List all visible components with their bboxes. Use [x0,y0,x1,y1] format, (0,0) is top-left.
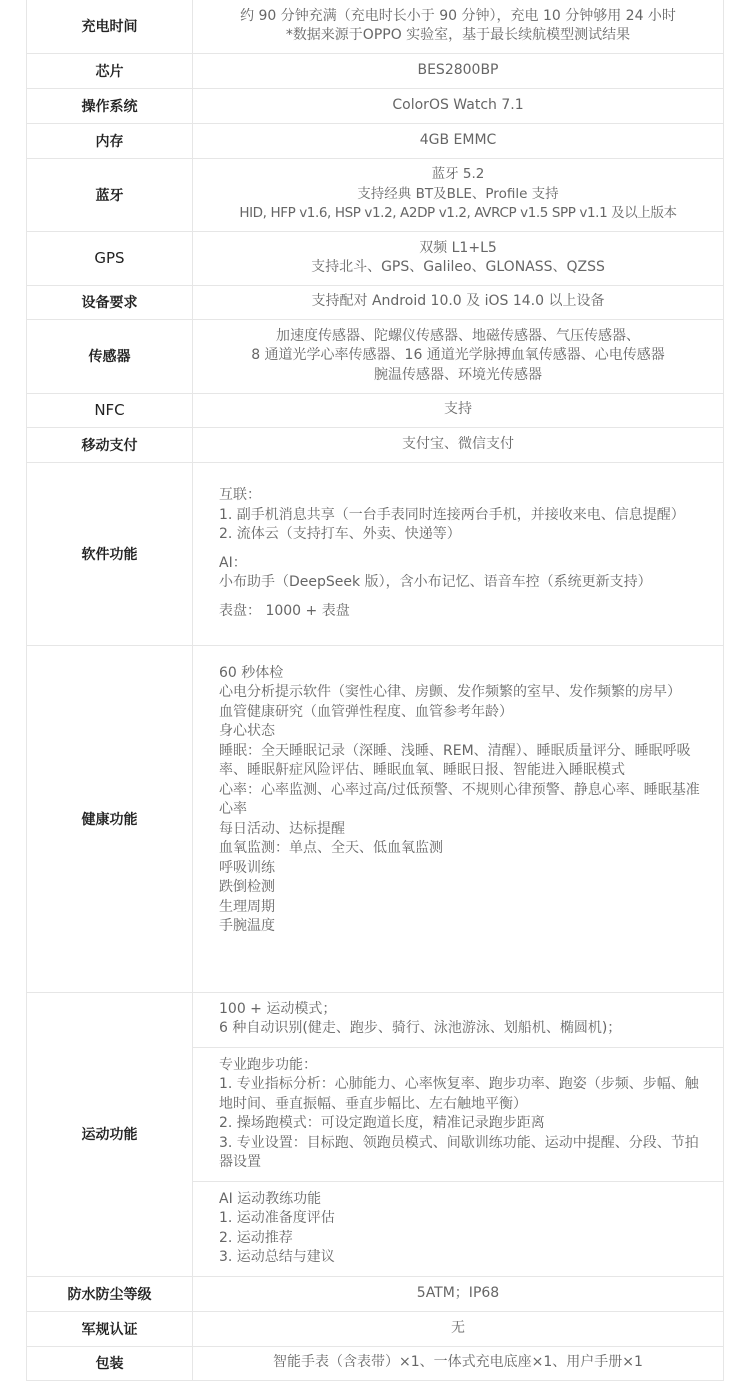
spec-label: GPS [27,231,193,285]
spec-row-chip: 芯片 BES2800BP [27,53,724,88]
spec-value-line: 跌倒检测 [219,878,703,898]
spec-value-line: 生理周期 [219,898,703,918]
spec-table: 充电时间 约 90 分钟充满（充电时长小于 90 分钟），充电 10 分钟够用 … [26,0,724,1381]
spec-label: 传感器 [27,319,193,393]
spec-value-line: 心率：心率监测、心率过高/过低预警、不规则心律预警、静息心率、睡眠基准心率 [219,781,703,820]
spec-value-line: 血氧监测：单点、全天、低血氧监测 [219,839,703,859]
spec-value-line: AI 运动教练功能 [219,1190,703,1210]
spec-value-line: 无 [193,1319,723,1339]
spec-row-memory: 内存 4GB EMMC [27,123,724,158]
spec-value-line: 智能手表（含表带）×1、一体式充电底座×1、用户手册×1 [193,1353,723,1373]
spec-value-line: HID, HFP v1.6, HSP v1.2, A2DP v1.2, AVRC… [193,204,723,224]
software-paragraph-watchface: 表盘： 1000 + 表盘 [219,602,703,622]
spec-label: 充电时间 [27,0,193,53]
spec-value-line: 3. 专业设置：目标跑、领跑员模式、间歇训练功能、运动中提醒、分段、节拍器设置 [219,1134,703,1173]
spec-value: ColorOS Watch 7.1 [193,88,724,123]
spec-value: 60 秒体检 心电分析提示软件（窦性心律、房颤、发作频繁的室早、发作频繁的房早）… [193,645,724,992]
spec-row-bluetooth: 蓝牙 蓝牙 5.2 支持经典 BT及BLE、Profile 支持 HID, HF… [27,158,724,231]
spec-value-line: *数据来源于OPPO 实验室，基于最长续航模型测试结果 [193,26,723,46]
spec-label: 蓝牙 [27,158,193,231]
spec-value-line: 呼吸训练 [219,859,703,879]
spec-value-line: 支持北斗、GPS、Galileo、GLONASS、QZSS [193,258,723,278]
spec-label: 健康功能 [27,645,193,992]
spec-label: NFC [27,393,193,427]
spec-label: 内存 [27,123,193,158]
spec-value-line: 血管健康研究（血管弹性程度、血管参考年龄） [219,703,703,723]
spec-value-line: AI： [219,554,703,574]
spec-label: 防水防尘等级 [27,1276,193,1311]
spec-row-charging-time: 充电时间 约 90 分钟充满（充电时长小于 90 分钟），充电 10 分钟够用 … [27,0,724,53]
spec-value-line: 2. 操场跑模式：可设定跑道长度，精准记录跑步距离 [219,1114,703,1134]
spec-value: BES2800BP [193,53,724,88]
spec-value: 100 + 运动模式； 6 种自动识别(健走、跑步、骑行、泳池游泳、划船机、椭圆… [193,992,724,1276]
spec-value-line: 2. 流体云（支持打车、外卖、快递等） [219,525,703,545]
spec-row-health: 健康功能 60 秒体检 心电分析提示软件（窦性心律、房颤、发作频繁的室早、发作频… [27,645,724,992]
spec-value-line: 4GB EMMC [193,131,723,151]
spec-value-line: BES2800BP [193,61,723,81]
spec-value-line: 小布助手（DeepSeek 版），含小布记忆、语音车控（系统更新支持） [219,573,703,593]
spec-value-line: 5ATM；IP68 [193,1284,723,1304]
spec-value: 无 [193,1311,724,1346]
spec-label: 移动支付 [27,427,193,462]
spec-label: 软件功能 [27,462,193,645]
spec-value: 支付宝、微信支付 [193,427,724,462]
spec-value-line: 1. 运动准备度评估 [219,1209,703,1229]
spec-value-line: 睡眠：全天睡眠记录（深睡、浅睡、REM、清醒）、睡眠质量评分、睡眠呼吸率、睡眠鼾… [219,742,703,781]
spec-label: 设备要求 [27,285,193,319]
spec-value: 5ATM；IP68 [193,1276,724,1311]
spec-value-line: 6 种自动识别(健走、跑步、骑行、泳池游泳、划船机、椭圆机)； [219,1019,703,1039]
spec-row-os: 操作系统 ColorOS Watch 7.1 [27,88,724,123]
spec-label: 包装 [27,1346,193,1380]
spec-value-line: ColorOS Watch 7.1 [193,96,723,116]
spec-value-line: 蓝牙 5.2 [193,165,723,185]
sport-block-running: 专业跑步功能： 1. 专业指标分析：心肺能力、心率恢复率、跑步功率、跑姿（步频、… [193,1048,723,1182]
spec-value: 双频 L1+L5 支持北斗、GPS、Galileo、GLONASS、QZSS [193,231,724,285]
spec-value-line: 支付宝、微信支付 [193,435,723,455]
spec-label: 运动功能 [27,992,193,1276]
spec-value-line: 腕温传感器、环境光传感器 [193,366,723,386]
spec-value-line: 互联： [219,486,703,506]
spec-value-line: 心电分析提示软件（窦性心律、房颤、发作频繁的室早、发作频繁的房早） [219,683,703,703]
spec-row-software: 软件功能 互联： 1. 副手机消息共享（一台手表同时连接两台手机，并接收来电、信… [27,462,724,645]
spec-value-line: 身心状态 [219,722,703,742]
spec-value-line: 表盘： 1000 + 表盘 [219,602,703,622]
spec-value: 支持配对 Android 10.0 及 iOS 14.0 以上设备 [193,285,724,319]
spec-row-mobile-payment: 移动支付 支付宝、微信支付 [27,427,724,462]
spec-value-line: 2. 运动推荐 [219,1229,703,1249]
spec-label: 芯片 [27,53,193,88]
spec-row-military-cert: 军规认证 无 [27,1311,724,1346]
spec-value-line: 专业跑步功能： [219,1056,703,1076]
spec-value-line: 加速度传感器、陀螺仪传感器、地磁传感器、气压传感器、 [193,327,723,347]
spec-row-water-resistance: 防水防尘等级 5ATM；IP68 [27,1276,724,1311]
spec-row-sensors: 传感器 加速度传感器、陀螺仪传感器、地磁传感器、气压传感器、 8 通道光学心率传… [27,319,724,393]
spec-value: 蓝牙 5.2 支持经典 BT及BLE、Profile 支持 HID, HFP v… [193,158,724,231]
spec-value: 互联： 1. 副手机消息共享（一台手表同时连接两台手机，并接收来电、信息提醒） … [193,462,724,645]
spec-row-nfc: NFC 支持 [27,393,724,427]
spec-value-line: 100 + 运动模式； [219,1000,703,1020]
spec-value-line: 支持 [193,400,723,420]
sport-block-ai-coach: AI 运动教练功能 1. 运动准备度评估 2. 运动推荐 3. 运动总结与建议 [193,1182,723,1276]
spec-row-package: 包装 智能手表（含表带）×1、一体式充电底座×1、用户手册×1 [27,1346,724,1380]
software-paragraph-ai: AI： 小布助手（DeepSeek 版），含小布记忆、语音车控（系统更新支持） [219,554,703,593]
spec-value: 智能手表（含表带）×1、一体式充电底座×1、用户手册×1 [193,1346,724,1380]
spec-value-line: 支持经典 BT及BLE、Profile 支持 [193,185,723,205]
spec-label: 操作系统 [27,88,193,123]
spec-value-line: 支持配对 Android 10.0 及 iOS 14.0 以上设备 [193,292,723,312]
spec-value: 4GB EMMC [193,123,724,158]
software-paragraph-connectivity: 互联： 1. 副手机消息共享（一台手表同时连接两台手机，并接收来电、信息提醒） … [219,486,703,545]
spec-value-line: 1. 副手机消息共享（一台手表同时连接两台手机，并接收来电、信息提醒） [219,506,703,526]
spec-row-sport: 运动功能 100 + 运动模式； 6 种自动识别(健走、跑步、骑行、泳池游泳、划… [27,992,724,1276]
spec-value-line: 每日活动、达标提醒 [219,820,703,840]
spec-value-line: 约 90 分钟充满（充电时长小于 90 分钟），充电 10 分钟够用 24 小时 [193,7,723,27]
spec-value-line: 双频 L1+L5 [193,239,723,259]
spec-label: 军规认证 [27,1311,193,1346]
spec-row-gps: GPS 双频 L1+L5 支持北斗、GPS、Galileo、GLONASS、QZ… [27,231,724,285]
spec-value: 约 90 分钟充满（充电时长小于 90 分钟），充电 10 分钟够用 24 小时… [193,0,724,53]
sport-block-modes: 100 + 运动模式； 6 种自动识别(健走、跑步、骑行、泳池游泳、划船机、椭圆… [193,993,723,1048]
spec-value-line: 1. 专业指标分析：心肺能力、心率恢复率、跑步功率、跑姿（步频、步幅、触地时间、… [219,1075,703,1114]
spec-value: 加速度传感器、陀螺仪传感器、地磁传感器、气压传感器、 8 通道光学心率传感器、1… [193,319,724,393]
spec-row-device-requirements: 设备要求 支持配对 Android 10.0 及 iOS 14.0 以上设备 [27,285,724,319]
spec-value-line: 60 秒体检 [219,664,703,684]
spec-value: 支持 [193,393,724,427]
spec-value-line: 3. 运动总结与建议 [219,1248,703,1268]
spec-value-line: 手腕温度 [219,917,703,937]
spec-value-line: 8 通道光学心率传感器、16 通道光学脉搏血氧传感器、心电传感器 [193,346,723,366]
